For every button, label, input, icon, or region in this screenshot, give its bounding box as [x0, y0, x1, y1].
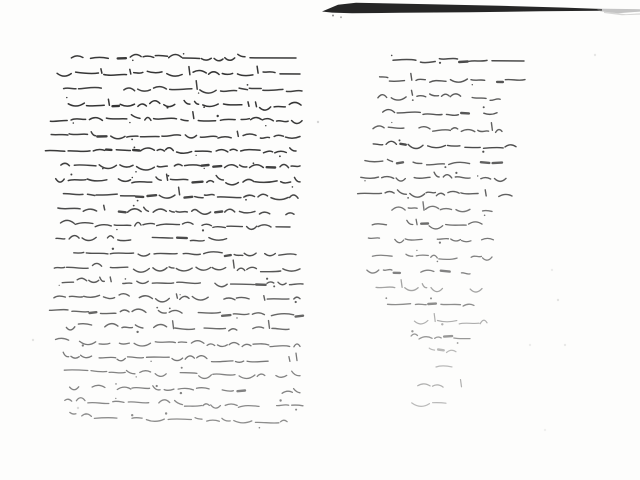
- scan-noise-specks: [32, 54, 596, 431]
- script-line: [54, 294, 300, 303]
- script-line: [378, 90, 500, 101]
- manuscript-scan: [0, 0, 640, 480]
- script-line: [64, 81, 302, 94]
- script-line: [58, 205, 294, 215]
- script-line: [56, 174, 300, 188]
- script-line: [429, 348, 456, 352]
- speck: [529, 344, 531, 346]
- script-line: [372, 219, 482, 229]
- speck: [557, 299, 559, 301]
- script-line: [392, 202, 492, 216]
- script-line: [367, 269, 470, 274]
- speck: [317, 121, 319, 123]
- speck: [544, 429, 546, 431]
- script-line: [56, 236, 227, 241]
- left-page-text: [45, 53, 303, 429]
- script-line: [376, 280, 482, 292]
- script-line: [61, 162, 300, 172]
- script-line: [373, 139, 516, 152]
- right-page-text: [358, 55, 525, 407]
- script-line: [372, 250, 492, 263]
- script-line: [60, 220, 290, 231]
- script-line: [365, 159, 502, 168]
- script-line: [66, 97, 301, 110]
- speck: [85, 413, 87, 415]
- script-line: [54, 260, 300, 272]
- speck: [77, 407, 79, 409]
- script-line: [418, 380, 462, 388]
- scan-canvas: [0, 0, 640, 480]
- script-line: [64, 367, 300, 379]
- script-line: [358, 190, 512, 199]
- script-line: [57, 66, 300, 76]
- script-line: [414, 314, 487, 326]
- script-line: [71, 53, 296, 61]
- script-line: [59, 277, 303, 287]
- script-line: [436, 366, 452, 367]
- script-line: [63, 187, 298, 201]
- speck: [551, 269, 553, 271]
- script-line: [391, 55, 524, 64]
- script-line: [373, 122, 502, 132]
- script-line: [361, 172, 506, 182]
- script-line: [385, 297, 474, 306]
- script-line: [380, 73, 525, 85]
- script-line: [65, 398, 303, 411]
- script-line: [55, 338, 300, 346]
- script-line: [383, 106, 497, 115]
- speck: [594, 54, 596, 56]
- script-line: [368, 238, 493, 244]
- binding-shadow-streak: [322, 3, 640, 18]
- speck: [564, 344, 566, 346]
- script-line: [50, 307, 304, 319]
- script-line: [412, 403, 446, 407]
- script-line: [70, 412, 287, 428]
- script-line: [66, 321, 289, 334]
- script-line: [51, 131, 300, 140]
- script-line: [45, 147, 296, 158]
- script-line: [411, 330, 470, 344]
- script-line: [63, 352, 297, 362]
- speck: [32, 339, 34, 341]
- script-line: [50, 112, 302, 127]
- script-line: [70, 383, 300, 394]
- manuscript-pages: [45, 53, 525, 429]
- script-line: [74, 248, 296, 256]
